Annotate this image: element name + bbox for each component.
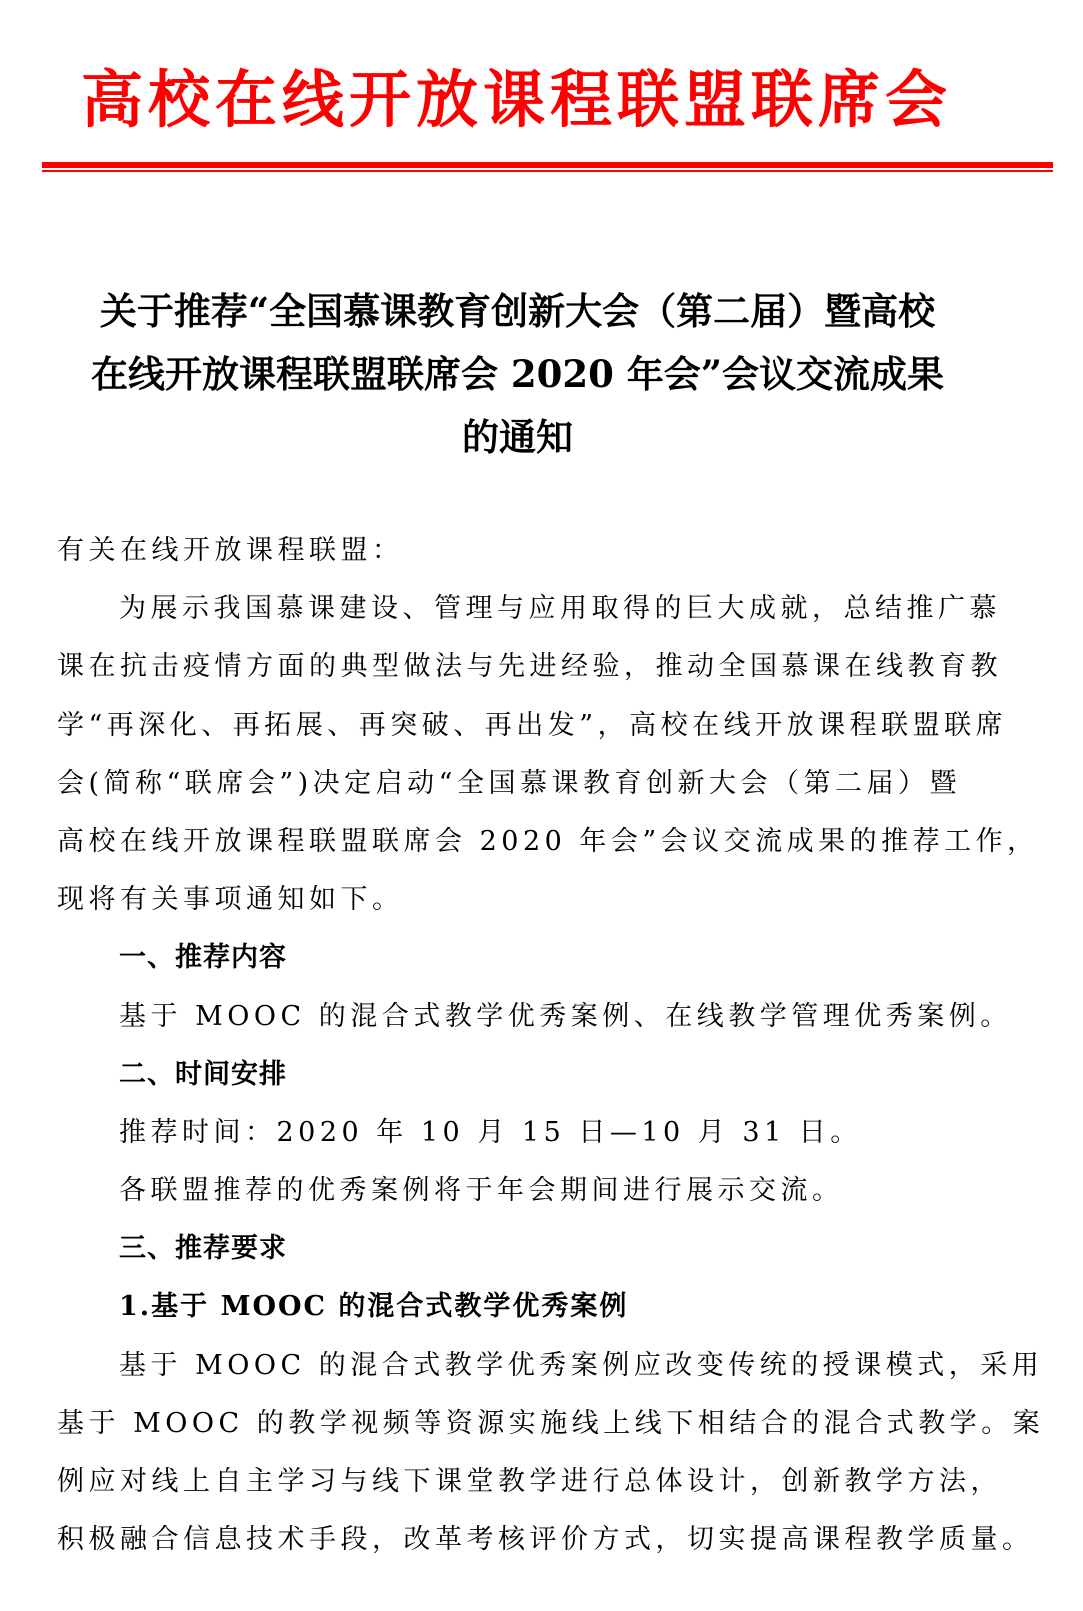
subsection-text: 基于 MOOC 的教学视频等资源实施线上线下相结合的混合式教学。案	[57, 1395, 1017, 1453]
intro-line: 课在抗击疫情方面的典型做法与先进经验，推动全国慕课在线教育教	[57, 638, 1017, 696]
subsection-text: 例应对线上自主学习与线下课堂教学进行总体设计，创新教学方法，	[57, 1453, 1017, 1511]
subsection-text: 积极融合信息技术手段，改革考核评价方式，切实提高课程教学质量。	[57, 1511, 1017, 1569]
masthead-rule-thin	[42, 170, 1053, 172]
headline-line: 在线开放课程联盟联席会 2020 年会”会议交流成果	[50, 343, 985, 406]
section-text: 各联盟推荐的优秀案例将于年会期间进行展示交流。	[57, 1162, 1017, 1220]
subsection-heading: 1.基于 MOOC 的混合式教学优秀案例	[57, 1278, 1017, 1336]
intro-line: 为展示我国慕课建设、管理与应用取得的巨大成就，总结推广慕	[57, 580, 1017, 638]
salutation: 有关在线开放课程联盟：	[57, 522, 1017, 580]
masthead-title: 高校在线开放课程联盟联席会	[0, 62, 1033, 138]
intro-line: 会(简称“联席会”)决定启动“全国慕课教育创新大会（第二届）暨	[57, 755, 1017, 813]
intro-line: 高校在线开放课程联盟联席会 2020 年会”会议交流成果的推荐工作，	[57, 813, 1017, 871]
section-heading-content: 一、推荐内容	[57, 929, 1017, 987]
intro-line: 学“再深化、再拓展、再突破、再出发”，高校在线开放课程联盟联席	[57, 697, 1017, 755]
headline-line: 关于推荐“全国慕课教育创新大会（第二届）暨高校	[50, 280, 985, 343]
document-headline: 关于推荐“全国慕课教育创新大会（第二届）暨高校 在线开放课程联盟联席会 2020…	[50, 280, 985, 469]
masthead-rule-thick	[42, 162, 1053, 168]
section-heading-requirements: 三、推荐要求	[57, 1220, 1017, 1278]
intro-line: 现将有关事项通知如下。	[57, 871, 1017, 929]
headline-line: 的通知	[50, 406, 985, 469]
section-text: 基于 MOOC 的混合式教学优秀案例、在线教学管理优秀案例。	[57, 988, 1017, 1046]
section-text: 推荐时间：2020 年 10 月 15 日—10 月 31 日。	[57, 1104, 1017, 1162]
subsection-text: 基于 MOOC 的混合式教学优秀案例应改变传统的授课模式，采用	[57, 1337, 1017, 1395]
document-body: 有关在线开放课程联盟： 为展示我国慕课建设、管理与应用取得的巨大成就，总结推广慕…	[57, 522, 1017, 1569]
section-heading-schedule: 二、时间安排	[57, 1046, 1017, 1104]
